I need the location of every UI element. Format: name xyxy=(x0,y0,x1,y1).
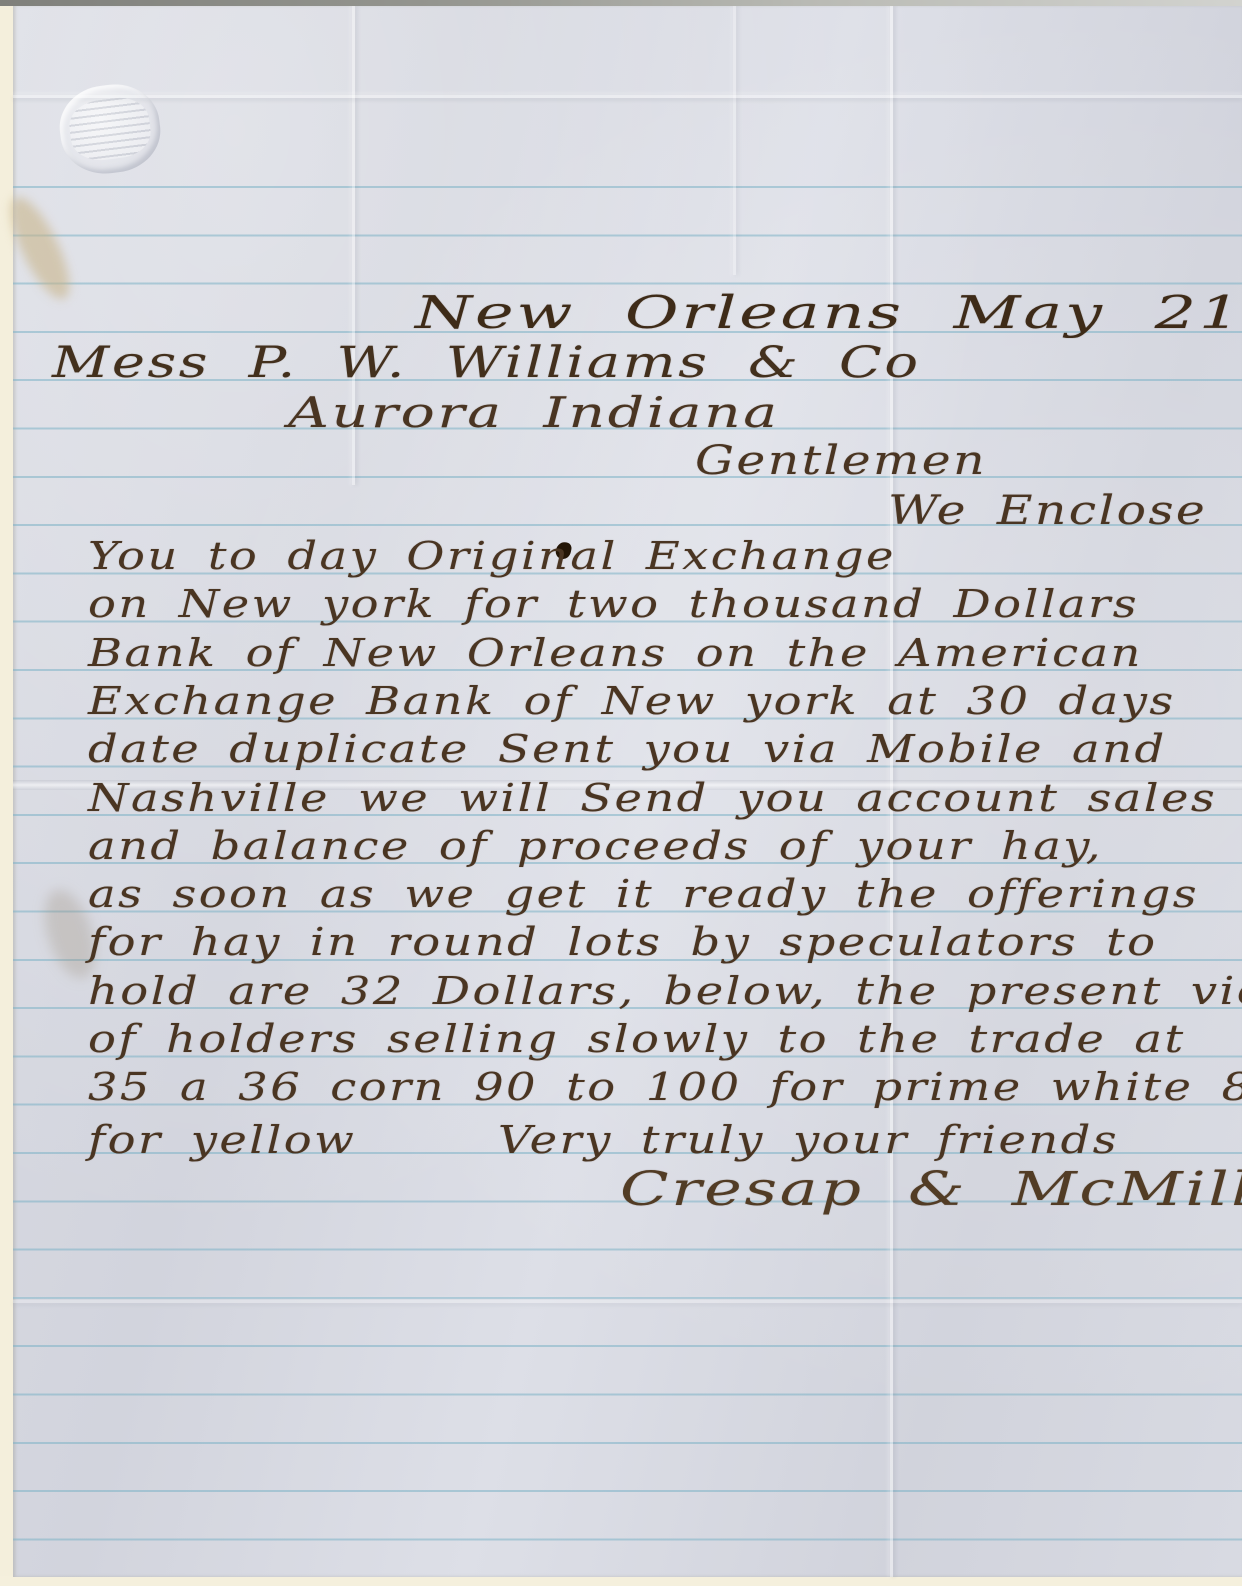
letter-body-line: 35 a 36 corn 90 to 100 for prime white 8… xyxy=(88,1065,1210,1109)
letter-body-line: for hay in round lots by speculators to xyxy=(88,920,965,964)
letter-signature: Cresap & McMillan xyxy=(620,1162,1152,1217)
body-line-text: Bank of New Orleans on the American xyxy=(88,631,1143,675)
letter-body-line: date duplicate Sent you via Mobile and xyxy=(88,727,972,771)
letter-body-line: hold are 32 Dollars, below, the present … xyxy=(88,969,1110,1013)
body-line-text: as soon as we get it ready the offerings xyxy=(88,872,1199,916)
signature-text: Cresap & McMillan xyxy=(620,1162,1242,1217)
letter-addressee-place: Aurora Indiana xyxy=(288,388,652,437)
letter-body-line: on New york for two thousand Dollars xyxy=(88,582,949,626)
letter-body-line: as soon as we get it ready the offerings xyxy=(88,872,999,916)
body-line-text: Nashville we will Send you account sales xyxy=(88,776,1217,820)
scan-bottom-margin xyxy=(0,1576,1242,1586)
dateline-text: New Orleans May 21 1857 xyxy=(415,286,1242,339)
letter-body-last-line: for yellow xyxy=(88,1118,308,1162)
body-line-text: You to day Original Exchange xyxy=(88,534,896,578)
scan-top-edge xyxy=(0,0,1242,6)
body-line-text: on New york for two thousand Dollars xyxy=(88,582,1139,626)
body-line-text: and balance of proceeds of your hay, xyxy=(88,824,1103,868)
body-line-text: 35 a 36 corn 90 to 100 for prime white 8… xyxy=(88,1065,1242,1109)
body-line-text: of holders selling slowly to the trade a… xyxy=(88,1017,1186,1061)
letter-body-line: You to day Original Exchange xyxy=(88,534,750,578)
letter-closing: Very truly your friends xyxy=(498,1118,1007,1162)
closing-text: Very truly your friends xyxy=(498,1118,1119,1162)
fold-crease-vertical-center xyxy=(733,5,736,275)
body-line-text: for hay in round lots by speculators to xyxy=(88,920,1158,964)
fold-crease-horizontal-top xyxy=(13,95,1242,98)
body-last-line-text: for yellow xyxy=(88,1118,356,1162)
body-line-text: date duplicate Sent you via Mobile and xyxy=(88,727,1167,771)
body-line-text: hold are 32 Dollars, below, the present … xyxy=(88,969,1242,1013)
body-line-text: Exchange Bank of New york at 30 days xyxy=(88,679,1176,723)
addressee-name-text: Mess P. W. Williams & Co xyxy=(52,338,921,388)
scan-left-margin xyxy=(0,0,14,1586)
letter-body-line: of holders selling slowly to the trade a… xyxy=(88,1017,988,1061)
salutation-text: Gentlemen xyxy=(695,438,987,484)
scanned-letter-page: New Orleans May 21 1857 Mess P. W. Willi… xyxy=(0,0,1242,1586)
letter-opening-phrase: We Enclose xyxy=(888,488,1150,534)
letter-body-line: and balance of proceeds of your hay, xyxy=(88,824,920,868)
letter-dateline: New Orleans May 21 1857 xyxy=(415,286,1143,339)
opening-text: We Enclose xyxy=(888,488,1207,534)
letter-salutation: Gentlemen xyxy=(695,438,934,484)
letter-body-line: Nashville we will Send you account sales xyxy=(88,776,1014,820)
letter-body-line: Exchange Bank of New york at 30 days xyxy=(88,679,979,723)
letter-body-line: Bank of New Orleans on the American xyxy=(88,631,953,675)
letter-addressee-name: Mess P. W. Williams & Co xyxy=(52,338,720,388)
fold-crease-horizontal-bottom xyxy=(13,1300,1242,1303)
addressee-place-text: Aurora Indiana xyxy=(288,388,780,437)
